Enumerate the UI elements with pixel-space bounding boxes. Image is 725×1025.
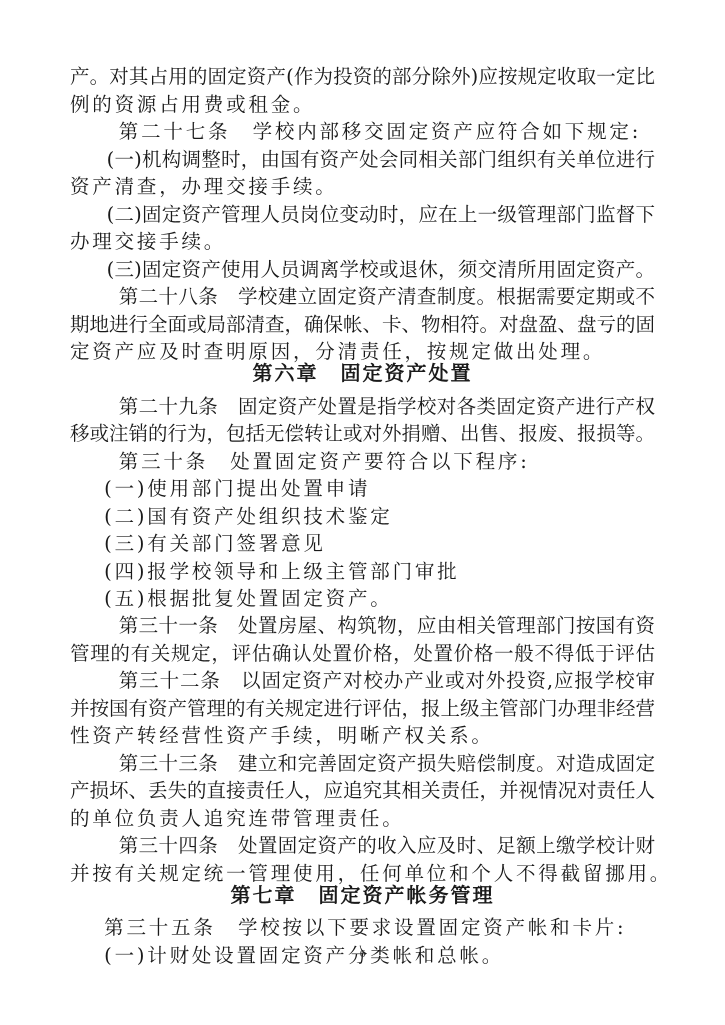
paragraph-line: 第三十条 处置固定资产要符合以下程序: xyxy=(119,448,655,475)
paragraph-line: 并按国有资产管理的有关规定进行评估，报上级主管部门办理非经营 xyxy=(70,695,655,722)
document-page: 产。对其占用的固定资产(作为投资的部分除外)应按规定收取一定比例的资源占用费或租… xyxy=(0,0,725,1025)
paragraph-line: (三)有关部门签署意见 xyxy=(104,530,655,557)
paragraph-line: 第三十四条 处置固定资产的收入应及时、足额上缴学校计财处, xyxy=(119,832,655,859)
paragraph-line: (五)根据批复处置固定资产。 xyxy=(104,585,655,612)
paragraph-line: 的单位负责人追究连带管理责任。 xyxy=(70,805,655,832)
paragraph-line: 办理交接手续。 xyxy=(70,228,655,255)
paragraph-line: 第三十五条 学校按以下要求设置固定资产帐和卡片: xyxy=(104,914,655,941)
paragraph-line: (四)报学校领导和上级主管部门审批 xyxy=(104,558,655,585)
page-number: 6 xyxy=(0,948,725,960)
paragraph-line: 移或注销的行为，包括无偿转让或对外捐赠、出售、报废、报损等。 xyxy=(70,420,655,447)
paragraph-line: 例的资源占用费或租金。 xyxy=(70,91,655,118)
paragraph-line: 第二十七条 学校内部移交固定资产应符合如下规定: xyxy=(119,118,655,145)
paragraph-line: (三)固定资产使用人员调离学校或退休，须交清所用固定资产。 xyxy=(107,256,655,283)
paragraph-line: 第三十一条 处置房屋、构筑物，应由相关管理部门按国有资产 xyxy=(119,612,655,639)
paragraph-line: 期地进行全面或局部清查，确保帐、卡、物相符。对盘盈、盘亏的固 xyxy=(70,311,655,338)
paragraph-line: 第三十三条 建立和完善固定资产损失赔偿制度。对造成固定资 xyxy=(119,750,655,777)
paragraph-line: 产损坏、丢失的直接责任人，应追究其相关责任，并视情况对责任人 xyxy=(70,777,655,804)
chapter-heading: 第七章 固定资产帐务管理 xyxy=(0,881,725,909)
paragraph-line: 资产清查，办理交接手续。 xyxy=(70,173,655,200)
paragraph-line: (二)固定资产管理人员岗位变动时，应在上一级管理部门监督下 xyxy=(107,201,655,228)
paragraph-line: 管理的有关规定，评估确认处置价格，处置价格一般不得低于评估价. xyxy=(70,640,655,667)
paragraph-line: 第二十九条 固定资产处置是指学校对各类固定资产进行产权转 xyxy=(119,393,655,420)
paragraph-line: (一)使用部门提出处置申请 xyxy=(104,475,655,502)
chapter-heading: 第六章 固定资产处置 xyxy=(0,359,725,387)
paragraph-line: 产。对其占用的固定资产(作为投资的部分除外)应按规定收取一定比 xyxy=(70,63,655,90)
paragraph-line: 第三十二条 以固定资产对校办产业或对外投资,应报学校审批, xyxy=(119,667,655,694)
paragraph-line: (一)机构调整时，由国有资产处会同相关部门组织有关单位进行 xyxy=(107,146,655,173)
paragraph-line: 性资产转经营性资产手续，明晰产权关系。 xyxy=(70,722,655,749)
paragraph-line: (二)国有资产处组织技术鉴定 xyxy=(104,503,655,530)
paragraph-line: 第二十八条 学校建立固定资产清查制度。根据需要定期或不定 xyxy=(119,283,655,310)
